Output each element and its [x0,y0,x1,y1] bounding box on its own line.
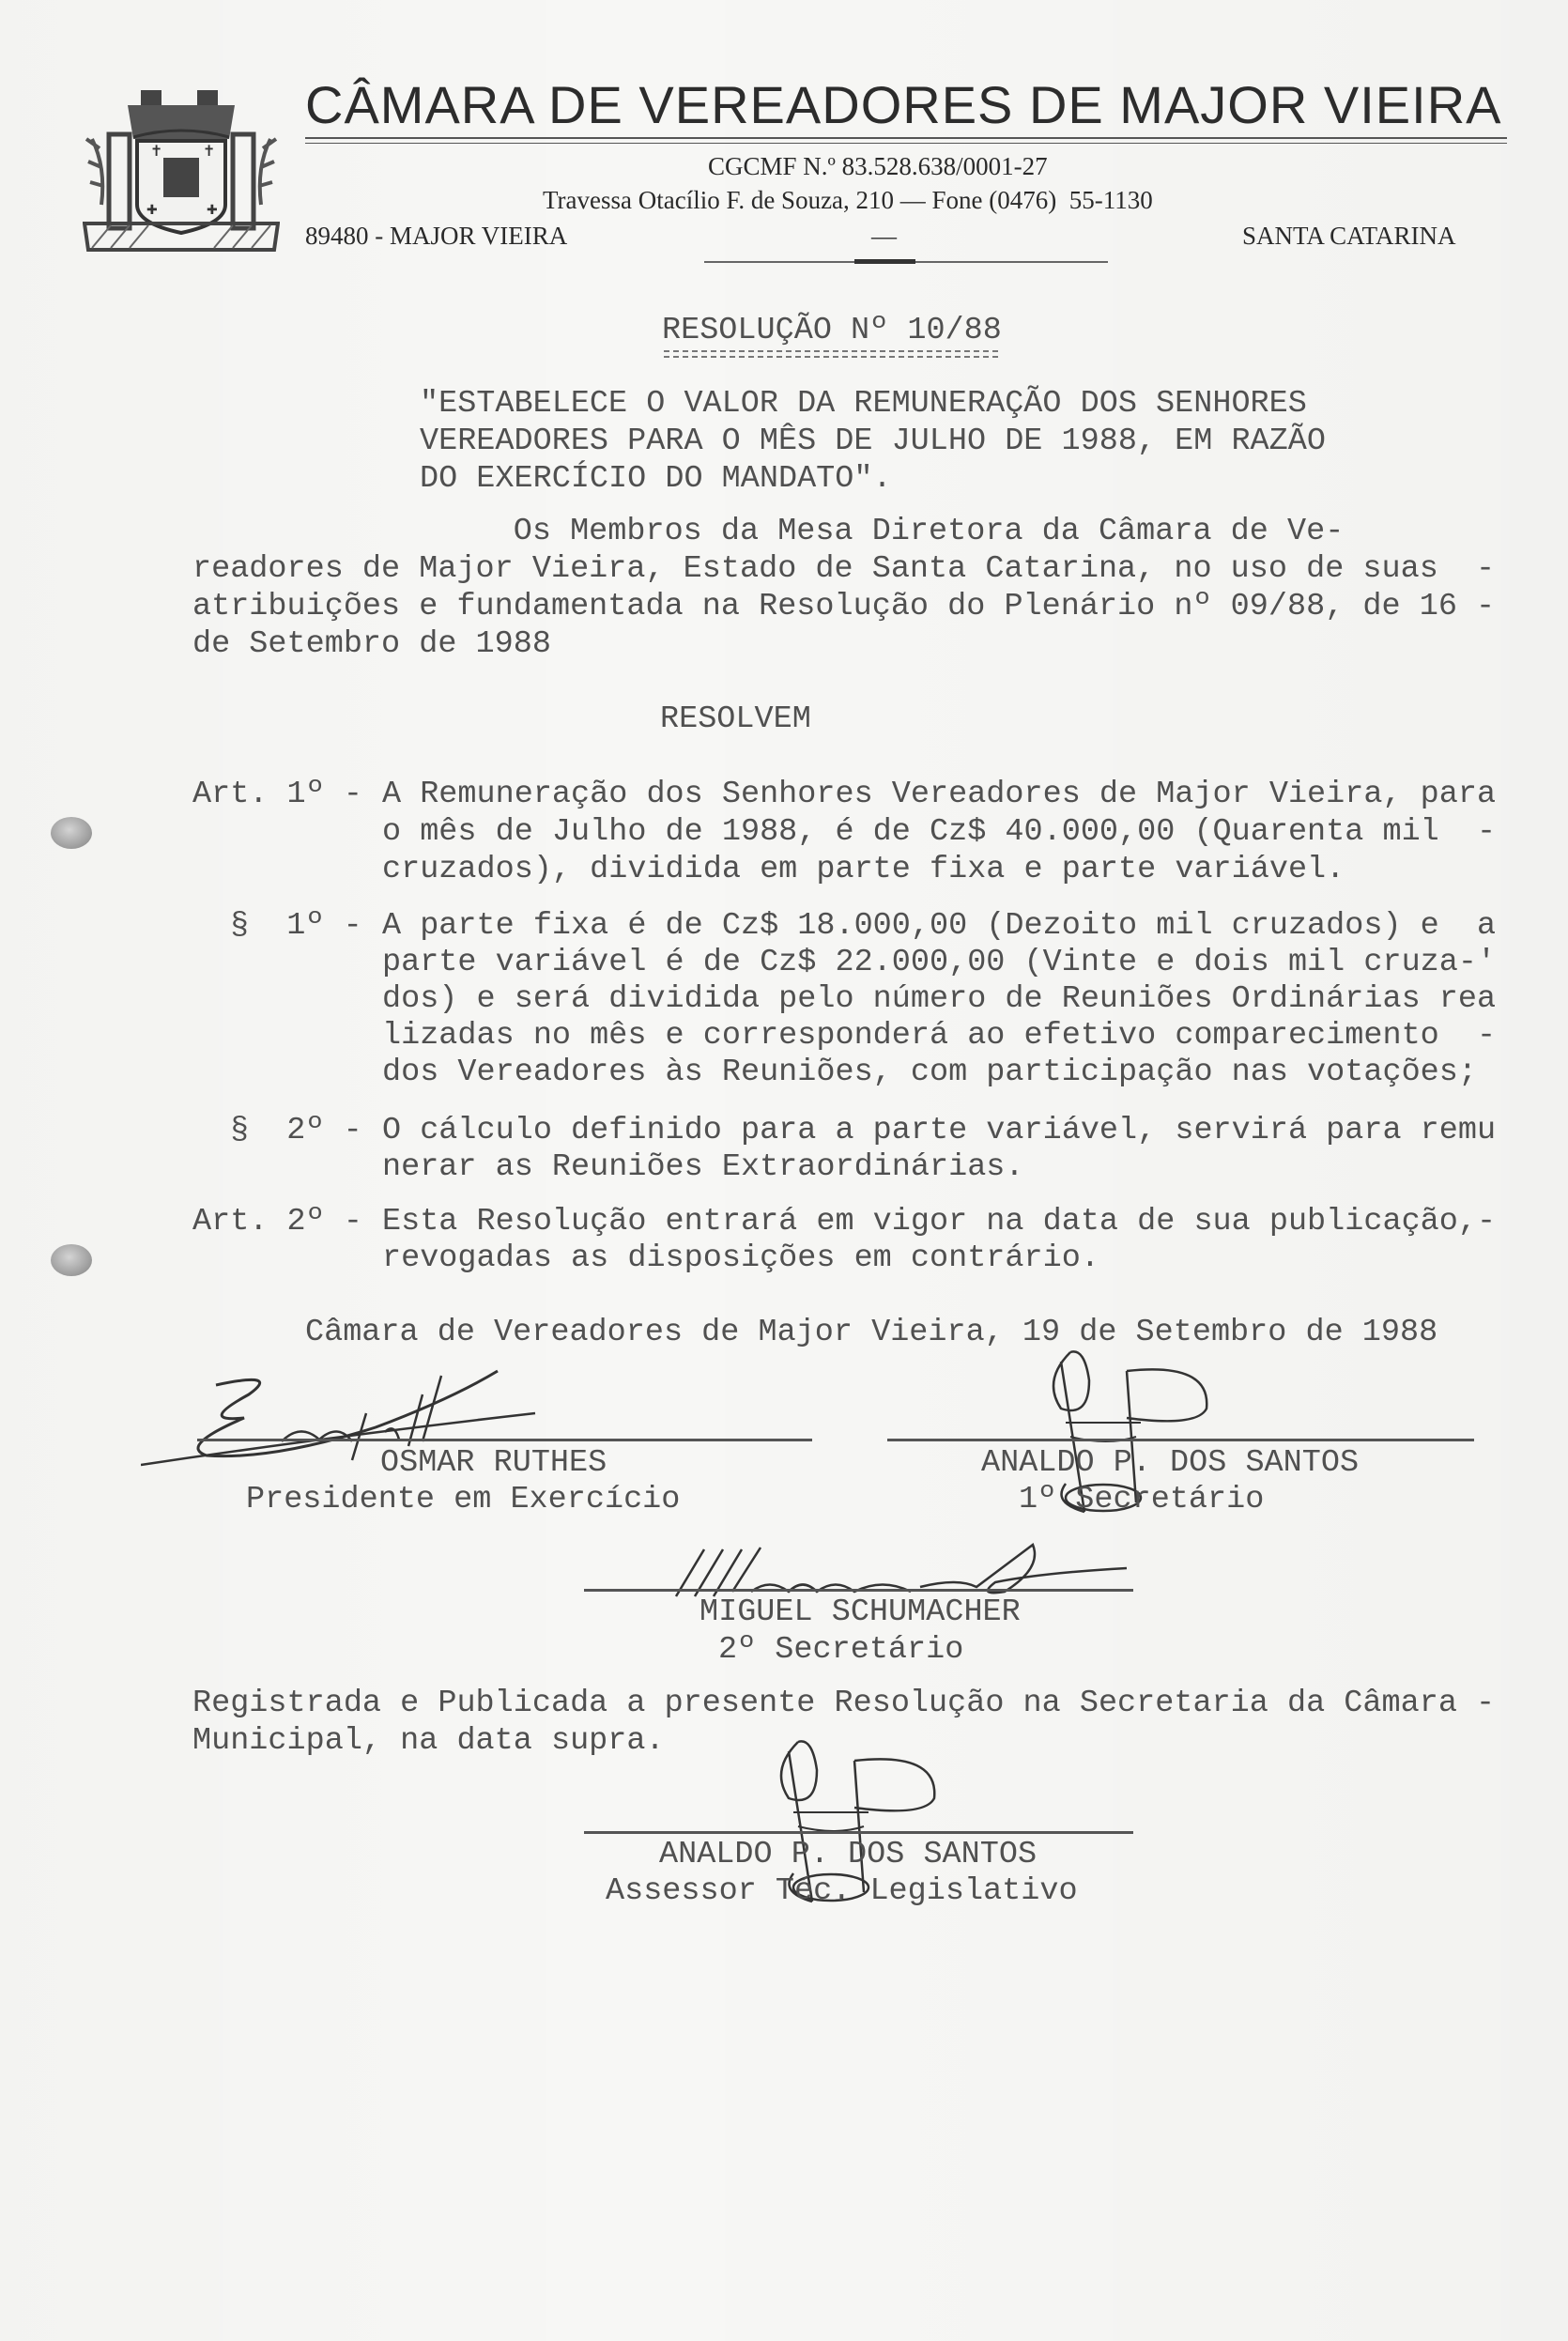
preamble-line: readores de Major Vieira, Estado de Sant… [192,550,1495,588]
signatory-name: ANALDO P. DOS SANTOS [981,1444,1359,1482]
paragraph-line: nerar as Reuniões Extraordinárias. [382,1148,1024,1186]
preamble-line: Os Membros da Mesa Diretora da Câmara de… [192,513,1344,550]
title-rule-bottom [305,143,1507,144]
summary-line: DO EXERCÍCIO DO MANDATO". [420,460,892,498]
title-underline-1 [664,350,998,352]
paragraph-line: A parte fixa é de Cz$ 18.000,00 (Dezoito… [382,907,1496,945]
signatory-role: 2º Secretário [718,1631,963,1669]
header-dash: — [871,222,897,250]
paragraph-line: lizadas no mês e corresponderá ao efetiv… [382,1017,1496,1055]
preamble-line: atribuições e fundamentada na Resolução … [192,588,1495,625]
binder-hole-top [51,817,92,849]
paragraph-line: O cálculo definido para a parte variável… [382,1112,1496,1149]
signature-line-second-secretary [584,1589,1133,1592]
article-line: cruzados), dividida em parte fixa e part… [382,851,1345,888]
paragraph-line: dos Vereadores às Reuniões, com particip… [382,1054,1477,1091]
svg-text:✝: ✝ [150,142,162,160]
resolution-title: RESOLUÇÃO Nº 10/88 [662,312,1002,349]
header-divider-mark [854,259,915,264]
resolvem-heading: RESOLVEM [660,701,811,738]
signatory-role: Presidente em Exercício [246,1481,680,1518]
paragraph-label: § 1º - [230,907,362,945]
signatory-name: ANALDO P. DOS SANTOS [659,1836,1037,1873]
article-line: Esta Resolução entrará em vigor na data … [382,1203,1496,1240]
cgcmf-number: CGCMF N.º 83.528.638/0001-27 [708,152,1048,180]
address: Travessa Otacílio F. de Souza, 210 — Fon… [543,186,1153,214]
svg-text:✚: ✚ [146,203,158,218]
article-line: A Remuneração dos Senhores Vereadores de… [382,776,1496,813]
article-line: o mês de Julho de 1988, é de Cz$ 40.000,… [382,813,1496,851]
state: SANTA CATARINA [1242,222,1455,250]
svg-text:✝: ✝ [203,142,215,160]
registration-line: Registrada e Publicada a presente Resolu… [192,1685,1495,1722]
summary-line: VEREADORES PARA O MÊS DE JULHO DE 1988, … [420,423,1326,460]
title-underline-2 [664,356,998,358]
signature-line-first-secretary [887,1439,1474,1441]
summary-line: "ESTABELECE O VALOR DA REMUNERAÇÃO DOS S… [420,385,1307,423]
article-label: Art. 2º - [192,1203,362,1240]
paragraph-line: dos) e será dividida pelo número de Reun… [382,980,1496,1018]
signatory-role: Assessor Téc. Legislativo [606,1872,1078,1910]
signatory-name: OSMAR RUTHES [380,1444,607,1482]
paragraph-label: § 2º - [230,1112,362,1149]
municipal-coat-of-arms-icon: ✝ ✝ ✚ ✚ [83,83,280,261]
signature-line-president [197,1439,812,1441]
institution-name: CÂMARA DE VEREADORES DE MAJOR VIEIRA [305,77,1501,133]
place-date: Câmara de Vereadores de Major Vieira, 19… [305,1314,1437,1351]
postal-city: 89480 - MAJOR VIEIRA [305,222,567,250]
title-rule-top [305,137,1507,139]
article-line: revogadas as disposições em contrário. [382,1240,1099,1277]
signature-line-legislative-advisor [584,1831,1133,1834]
signatory-name: MIGUEL SCHUMACHER [699,1594,1021,1631]
svg-text:✚: ✚ [207,203,218,218]
binder-hole-bottom [51,1244,92,1276]
preamble-line: de Setembro de 1988 [192,625,551,663]
paragraph-line: parte variável é de Cz$ 22.000,00 (Vinte… [382,944,1496,981]
registration-line: Municipal, na data supra. [192,1722,665,1760]
signatory-role: 1º Secretário [1019,1481,1264,1518]
article-label: Art. 1º - [192,776,362,813]
